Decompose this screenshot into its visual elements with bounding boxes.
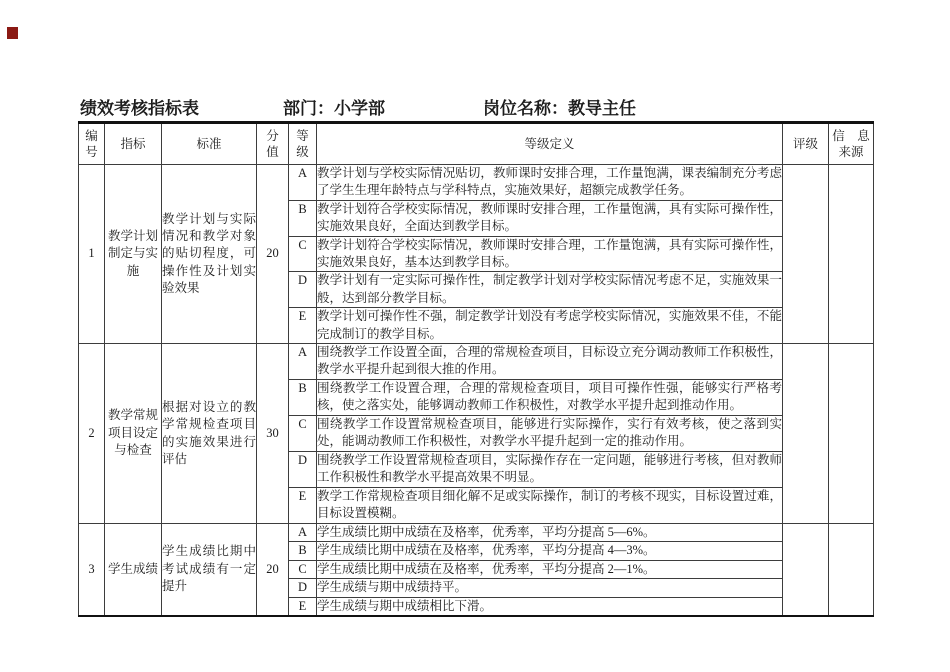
grade-definition-cell: 学生成绩比期中成绩在及格率，优秀率，平均分提高 5—6%。 <box>317 524 783 542</box>
indicator-cell: 教学计划制定与实施 <box>105 165 162 344</box>
indicator-cell: 学生成绩 <box>105 524 162 617</box>
grade-letter-cell: C <box>289 236 317 272</box>
grade-definition-cell: 教学计划符合学校实际情况，教师课时安排合理，工作量饱满，具有实际可操作性，实施效… <box>317 200 783 236</box>
department-label: 部门：小学部 <box>283 94 385 119</box>
header-standard: 标准 <box>162 123 257 165</box>
grade-definition-cell: 学生成绩与期中成绩相比下滑。 <box>317 597 783 616</box>
header-grade-definition: 等级定义 <box>317 123 783 165</box>
grade-definition-cell: 学生成绩与期中成绩持平。 <box>317 579 783 597</box>
header-row: 编 号 指标 标准 分 值 等 级 等级定义 评级 信 息 来源 <box>79 123 874 165</box>
row-number-cell: 3 <box>79 524 105 617</box>
red-marker <box>7 27 18 39</box>
grade-letter-cell: D <box>289 272 317 308</box>
grade-definition-cell: 教学计划符合学校实际情况，教师课时安排合理，工作量饱满，具有实际可操作性，实施效… <box>317 236 783 272</box>
header-info-source: 信 息 来源 <box>829 123 874 165</box>
standard-cell: 教学计划与实际情况和教学对象的贴切程度，可操作性及计划实验效果 <box>162 165 257 344</box>
grade-letter-cell: A <box>289 344 317 380</box>
header-rating: 评级 <box>783 123 829 165</box>
grade-row: 3学生成绩学生成绩比期中考试成绩有一定提升20A学生成绩比期中成绩在及格率，优秀… <box>79 524 874 542</box>
page-title: 绩效考核指标表 <box>80 94 199 119</box>
score-cell: 30 <box>257 344 289 524</box>
info-source-cell <box>829 165 874 344</box>
grade-definition-cell: 围绕教学工作设置合理，合理的常规检查项目，项目可操作性强，能够实行严格考核，使之… <box>317 380 783 416</box>
grade-letter-cell: E <box>289 488 317 524</box>
document-title-row: 绩效考核指标表 部门：小学部 岗位名称：教导主任 <box>78 94 873 120</box>
standard-cell: 根据对设立的教学常规检查项目的实施效果进行评估 <box>162 344 257 524</box>
standard-cell: 学生成绩比期中考试成绩有一定提升 <box>162 524 257 617</box>
grade-letter-cell: C <box>289 560 317 578</box>
grade-row: 1教学计划制定与实施教学计划与实际情况和教学对象的贴切程度，可操作性及计划实验效… <box>79 165 874 201</box>
rating-cell <box>783 344 829 524</box>
grade-letter-cell: B <box>289 380 317 416</box>
grade-definition-cell: 教学计划可操作性不强，制定教学计划没有考虑学校实际情况，实施效果不佳，不能完成制… <box>317 308 783 344</box>
row-number-cell: 2 <box>79 344 105 524</box>
grade-letter-cell: B <box>289 200 317 236</box>
position-label: 岗位名称：教导主任 <box>483 94 636 119</box>
grade-definition-cell: 学生成绩比期中成绩在及格率，优秀率，平均分提高 2—1%。 <box>317 560 783 578</box>
header-score: 分 值 <box>257 123 289 165</box>
info-source-cell <box>829 344 874 524</box>
table-header: 编 号 指标 标准 分 值 等 级 等级定义 评级 信 息 来源 <box>79 123 874 165</box>
score-cell: 20 <box>257 524 289 617</box>
grade-letter-cell: A <box>289 524 317 542</box>
header-number: 编 号 <box>79 123 105 165</box>
grade-letter-cell: D <box>289 452 317 488</box>
grade-letter-cell: E <box>289 597 317 616</box>
grade-row: 2教学常规项目设定与检查根据对设立的教学常规检查项目的实施效果进行评估30A围绕… <box>79 344 874 380</box>
grade-definition-cell: 学生成绩比期中成绩在及格率，优秀率，平均分提高 4—3%。 <box>317 542 783 560</box>
header-indicator: 指标 <box>105 123 162 165</box>
kpi-table: 编 号 指标 标准 分 值 等 级 等级定义 评级 信 息 来源 1教学计划制定… <box>78 121 874 617</box>
indicator-cell: 教学常规项目设定与检查 <box>105 344 162 524</box>
header-grade: 等 级 <box>289 123 317 165</box>
rating-cell <box>783 165 829 344</box>
grade-letter-cell: B <box>289 542 317 560</box>
info-source-cell <box>829 524 874 617</box>
document-page: 绩效考核指标表 部门：小学部 岗位名称：教导主任 编 号 指标 标准 分 值 等… <box>0 0 950 672</box>
grade-definition-cell: 围绕教学工作设置全面，合理的常规检查项目，目标设立充分调动教师工作积极性，教学水… <box>317 344 783 380</box>
score-cell: 20 <box>257 165 289 344</box>
grade-letter-cell: E <box>289 308 317 344</box>
grade-letter-cell: A <box>289 165 317 201</box>
grade-definition-cell: 教学工作常规检查项目细化解不足或实际操作，制订的考核不现实，目标设置过难，目标设… <box>317 488 783 524</box>
grade-definition-cell: 教学计划有一定实际可操作性，制定教学计划对学校实际情况考虑不足，实施效果一般，达… <box>317 272 783 308</box>
grade-letter-cell: C <box>289 416 317 452</box>
table-body: 1教学计划制定与实施教学计划与实际情况和教学对象的贴切程度，可操作性及计划实验效… <box>79 165 874 617</box>
grade-definition-cell: 教学计划与学校实际情况贴切，教师课时安排合理，工作量饱满，课表编制充分考虑了学生… <box>317 165 783 201</box>
rating-cell <box>783 524 829 617</box>
row-number-cell: 1 <box>79 165 105 344</box>
grade-definition-cell: 围绕教学工作设置常规检查项目，能够进行实际操作，实行有效考核，使之落到实处，能调… <box>317 416 783 452</box>
grade-letter-cell: D <box>289 579 317 597</box>
grade-definition-cell: 围绕教学工作设置常规检查项目，实际操作存在一定问题，能够进行考核，但对教师工作积… <box>317 452 783 488</box>
